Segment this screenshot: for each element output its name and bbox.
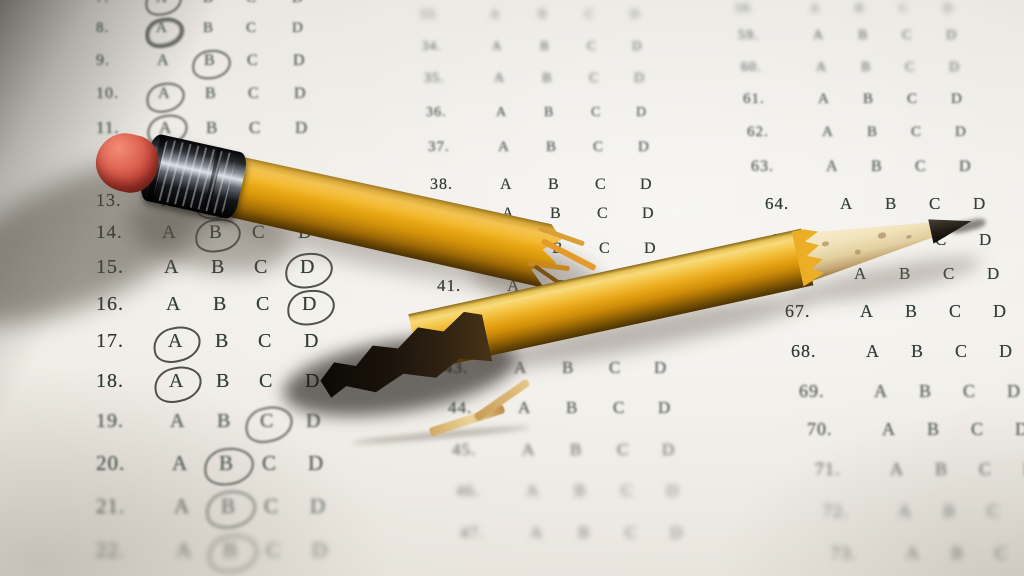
option-letter-B: B (935, 459, 947, 480)
option-letter-C: C (587, 38, 596, 54)
option-letter-A: A (170, 410, 184, 433)
option-letter-B: B (217, 410, 230, 433)
question-number: 61. (743, 91, 765, 108)
answer-circle (150, 323, 204, 367)
option-letter-D: D (951, 91, 962, 108)
question-number: 45. (452, 440, 476, 460)
option-letter-A: A (498, 139, 509, 156)
option-letter-D: D (295, 118, 307, 138)
option-letter-D: D (943, 0, 952, 16)
question-number: 46. (456, 481, 480, 501)
option-letter-B: B (548, 176, 559, 194)
option-letter-A: A (818, 91, 829, 108)
option-letter-C: C (593, 139, 603, 156)
answer-circle (202, 445, 256, 487)
option-letter-A: A (172, 451, 187, 476)
graphite-tip (928, 209, 975, 243)
option-letter-C: C (617, 440, 628, 460)
option-letter-B: B (574, 481, 585, 501)
option-letter-C: C (264, 494, 278, 519)
option-letter-B: B (919, 381, 931, 402)
question-number: 7. (96, 0, 109, 7)
answer-circle (242, 403, 296, 447)
option-letter-B: B (542, 71, 551, 87)
option-letter-A: A (492, 38, 501, 54)
option-letter-C: C (585, 6, 594, 22)
option-letter-C: C (905, 60, 914, 76)
question-number: 37. (428, 139, 450, 156)
option-letter-B: B (871, 158, 882, 176)
option-letter-C: C (613, 398, 624, 418)
option-letter-D: D (294, 85, 306, 103)
question-number: 72. (823, 501, 849, 522)
option-letter-B: B (863, 91, 873, 108)
sharpened-wood (798, 204, 942, 282)
option-letter-A: A (494, 71, 504, 87)
option-letter-B: B (215, 330, 228, 353)
option-letter-D: D (662, 440, 674, 460)
question-number: 34. (422, 38, 441, 54)
option-letter-C: C (246, 20, 256, 37)
option-letter-B: B (203, 0, 213, 7)
option-letter-B: B (951, 543, 963, 564)
question-number: 58. (735, 0, 754, 16)
option-letter-C: C (995, 543, 1007, 564)
option-letter-D: D (632, 38, 641, 54)
question-number: 21. (96, 494, 125, 519)
option-letter-A: A (522, 440, 534, 460)
option-letter-A: A (874, 381, 887, 402)
option-letter-A: A (174, 494, 189, 519)
answer-circle (143, 0, 185, 18)
option-letter-A: A (813, 28, 823, 44)
option-letter-D: D (955, 124, 966, 141)
option-letter-B: B (858, 28, 867, 44)
option-letter-C: C (911, 124, 921, 141)
option-letter-C: C (971, 419, 983, 440)
option-letter-C: C (979, 459, 991, 480)
answer-circle (206, 532, 260, 574)
question-number: 63. (751, 158, 774, 176)
option-letter-C: C (625, 523, 636, 543)
option-letter-A: A (826, 158, 838, 176)
option-letter-D: D (292, 20, 303, 37)
option-letter-B: B (546, 139, 556, 156)
option-letter-D: D (642, 205, 654, 223)
option-letter-A: A (530, 523, 542, 543)
option-letter-B: B (867, 124, 877, 141)
option-letter-B: B (570, 440, 581, 460)
question-number: 70. (807, 419, 833, 440)
question-number: 47. (460, 523, 484, 543)
option-letter-A: A (882, 419, 895, 440)
option-letter-C: C (259, 370, 272, 393)
question-number: 62. (747, 124, 769, 141)
option-letter-B: B (943, 501, 955, 522)
question-number: 73. (831, 543, 857, 564)
option-letter-C: C (247, 52, 258, 70)
option-letter-D: D (999, 341, 1012, 362)
answer-circle (191, 48, 233, 81)
option-letter-A: A (810, 0, 819, 16)
option-letter-B: B (540, 38, 549, 54)
option-letter-B: B (538, 6, 547, 22)
option-letter-A: A (157, 52, 169, 70)
option-letter-C: C (249, 118, 260, 138)
option-letter-C: C (902, 28, 911, 44)
question-number: 33. (420, 6, 439, 22)
option-letter-D: D (308, 451, 323, 476)
pencil-ferrule (138, 133, 248, 221)
option-letter-B: B (927, 419, 939, 440)
option-letter-D: D (946, 28, 956, 44)
option-letter-C: C (621, 481, 632, 501)
option-letter-C: C (589, 71, 598, 87)
option-letter-D: D (640, 176, 652, 194)
option-letter-D: D (636, 105, 646, 121)
option-letter-B: B (855, 0, 864, 16)
answer-circle (204, 488, 258, 530)
option-letter-D: D (658, 398, 670, 418)
photo-scene: 7.ABCD8.ABCD9.ABCD10.ABCD11.ABCD13.ABCD1… (0, 0, 1024, 576)
broken-end (311, 303, 494, 406)
option-letter-A: A (906, 543, 919, 564)
option-letter-B: B (213, 293, 226, 316)
option-letter-A: A (500, 176, 512, 194)
question-number: 10. (96, 85, 119, 103)
option-letter-C: C (987, 501, 999, 522)
option-letter-C: C (591, 105, 600, 121)
option-letter-A: A (496, 105, 506, 121)
option-letter-D: D (638, 139, 649, 156)
option-letter-D: D (630, 6, 639, 22)
option-letter-C: C (262, 451, 276, 476)
option-letter-D: D (310, 494, 325, 519)
question-number: 17. (96, 330, 124, 353)
option-letter-C: C (246, 0, 256, 7)
question-number: 35. (424, 71, 445, 87)
option-letter-D: D (670, 523, 682, 543)
question-number: 71. (815, 459, 841, 480)
answer-circle (151, 363, 205, 407)
question-number: 8. (96, 20, 109, 37)
question-number: 19. (96, 410, 124, 433)
option-letter-C: C (595, 176, 606, 194)
option-letter-D: D (312, 538, 327, 563)
question-number: 9. (96, 52, 110, 70)
option-letter-A: A (490, 6, 499, 22)
option-letter-D: D (666, 481, 678, 501)
option-letter-B: B (861, 60, 870, 76)
option-letter-B: B (203, 20, 213, 37)
question-number: 22. (96, 538, 125, 563)
option-letter-D: D (634, 71, 644, 87)
question-number: 60. (741, 60, 762, 76)
option-letter-C: C (955, 341, 967, 362)
option-letter-A: A (866, 341, 879, 362)
option-letter-A: A (816, 60, 826, 76)
question-number: 59. (738, 28, 759, 44)
option-letter-C: C (248, 85, 259, 103)
question-number: 20. (96, 451, 125, 476)
question-number: 36. (426, 105, 447, 121)
option-letter-A: A (526, 481, 538, 501)
option-letter-C: C (266, 538, 280, 563)
option-letter-A: A (890, 459, 903, 480)
option-letter-D: D (292, 0, 303, 7)
option-letter-A: A (176, 538, 191, 563)
option-letter-D: D (293, 52, 305, 70)
option-letter-D: D (949, 60, 959, 76)
option-letter-D: D (1015, 419, 1024, 440)
option-letter-B: B (578, 523, 589, 543)
option-letter-B: B (911, 341, 923, 362)
option-letter-A: A (898, 501, 911, 522)
option-letter-D: D (1007, 381, 1020, 402)
option-letter-A: A (166, 293, 180, 316)
option-letter-B: B (205, 85, 216, 103)
option-letter-C: C (258, 330, 271, 353)
option-letter-C: C (907, 91, 917, 108)
answer-circle (144, 79, 188, 115)
option-letter-B: B (216, 370, 229, 393)
question-number: 18. (96, 370, 124, 393)
question-number: 69. (799, 381, 825, 402)
option-letter-C: C (899, 0, 908, 16)
answer-circle (143, 14, 187, 50)
option-letter-A: A (822, 124, 833, 141)
option-letter-C: C (963, 381, 975, 402)
option-letter-B: B (544, 105, 553, 121)
